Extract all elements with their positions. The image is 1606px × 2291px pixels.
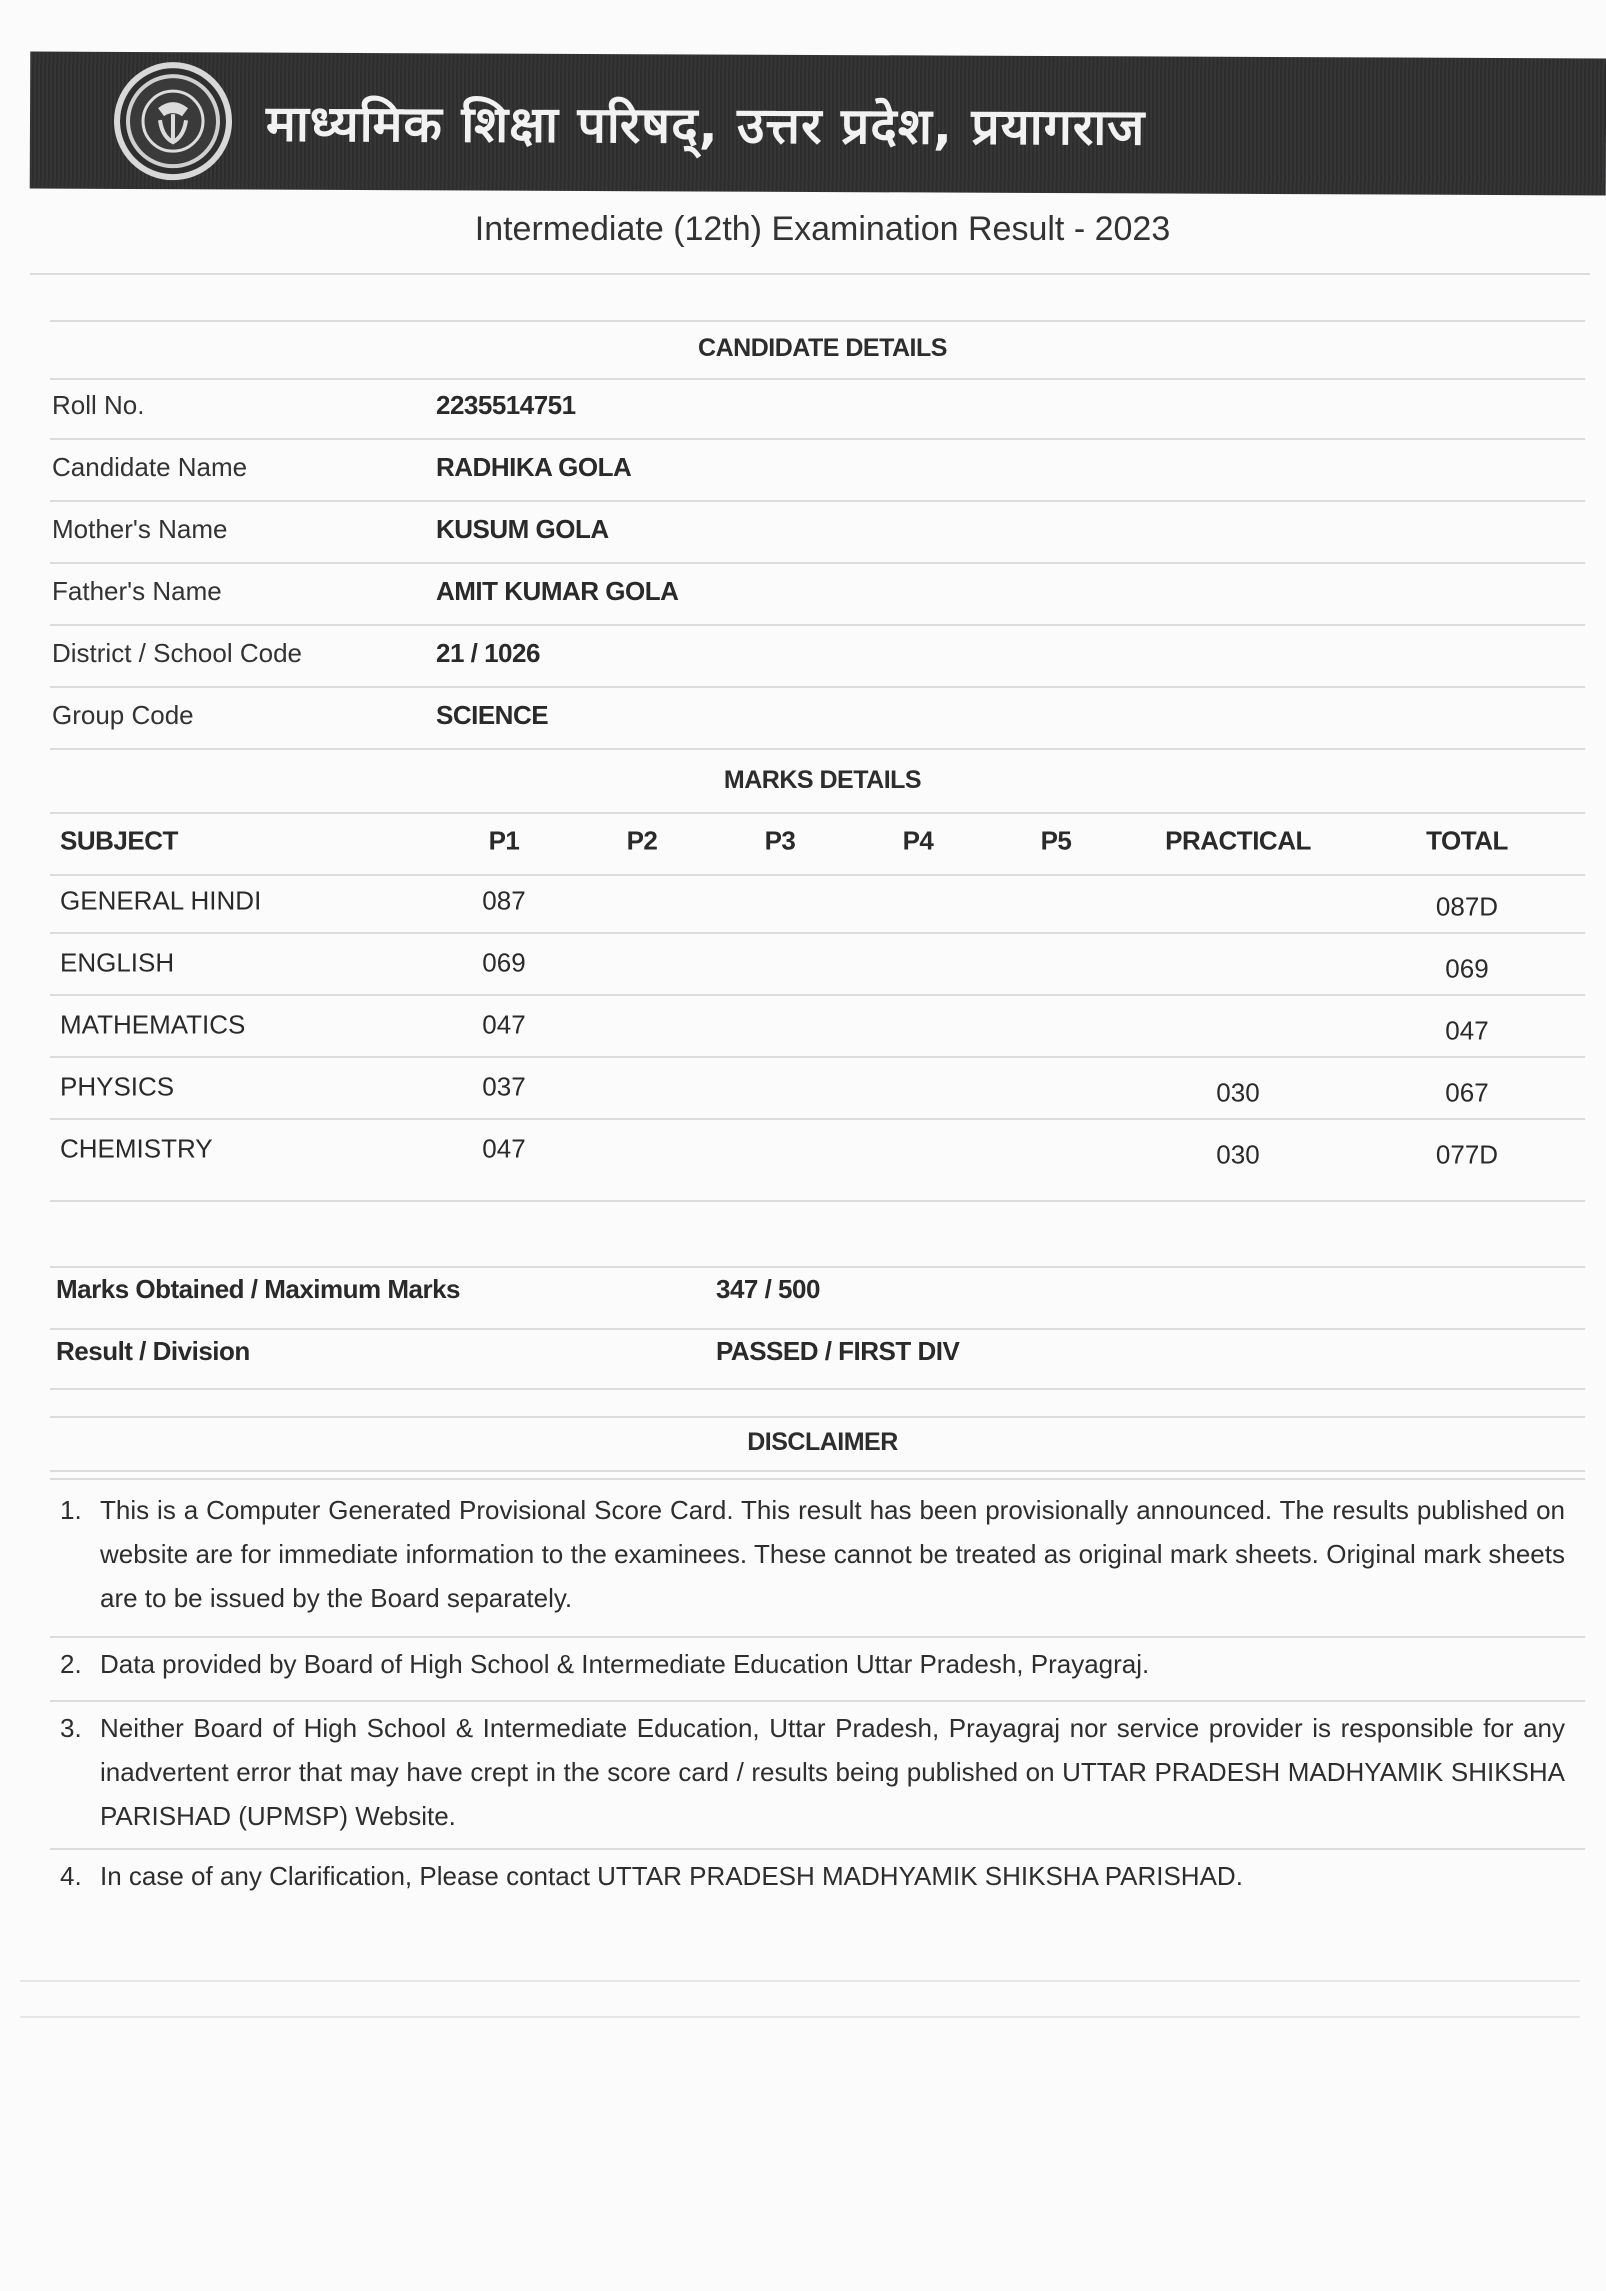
field-label: Father's Name (52, 576, 436, 607)
field-value: SCIENCE (436, 700, 548, 731)
marks-total: 047 (1445, 1016, 1488, 1047)
subject-name: GENERAL HINDI (60, 886, 261, 917)
column-header-p5: P5 (1041, 826, 1072, 857)
disclaimer-text: In case of any Clarification, Please con… (100, 1854, 1565, 1898)
marks-details-heading: MARKS DETAILS (0, 766, 1606, 795)
field-value: KUSUM GOLA (436, 514, 609, 545)
column-header-practical: PRACTICAL (1165, 826, 1311, 857)
divider (50, 320, 1585, 322)
column-header-total: TOTAL (1426, 826, 1508, 857)
board-name: माध्यमिक शिक्षा परिषद्, उत्तर प्रदेश, प्… (266, 87, 1146, 159)
divider (50, 1416, 1585, 1418)
divider (50, 748, 1585, 750)
divider (20, 1980, 1580, 1982)
marks-total: 067 (1445, 1078, 1488, 1109)
disclaimer-heading: DISCLAIMER (0, 1428, 1606, 1457)
column-header-p2: P2 (627, 826, 658, 857)
table-row: CHEMISTRY047030077D (50, 1118, 1580, 1180)
field-label: Roll No. (52, 390, 436, 421)
subject-name: CHEMISTRY (60, 1134, 213, 1165)
disclaimer-number: 2. (60, 1642, 100, 1686)
candidate-field-row: District / School Code21 / 1026 (52, 622, 1582, 684)
disclaimer-text: Data provided by Board of High School & … (100, 1642, 1565, 1686)
marks-obtained-label: Marks Obtained / Maximum Marks (56, 1274, 716, 1305)
candidate-field-row: Group CodeSCIENCE (52, 684, 1582, 746)
board-banner: माध्यमिक शिक्षा परिषद्, उत्तर प्रदेश, प्… (30, 52, 1606, 196)
disclaimer-number: 3. (60, 1706, 100, 1838)
candidate-field-row: Candidate NameRADHIKA GOLA (52, 436, 1582, 498)
marks-p1: 087 (482, 886, 525, 917)
disclaimer-item: 2. Data provided by Board of High School… (60, 1642, 1565, 1686)
result-division-value: PASSED / FIRST DIV (716, 1336, 959, 1367)
field-label: Candidate Name (52, 452, 436, 483)
marks-p1: 037 (482, 1072, 525, 1103)
field-value: 2235514751 (436, 390, 576, 421)
marks-practical: 030 (1216, 1078, 1259, 1109)
table-row: ENGLISH069069 (50, 932, 1580, 994)
column-header-subject: SUBJECT (60, 826, 178, 857)
up-government-emblem-icon (114, 61, 233, 180)
divider (50, 1848, 1585, 1850)
column-header-p4: P4 (903, 826, 934, 857)
disclaimer-item: 1. This is a Computer Generated Provisio… (60, 1488, 1565, 1620)
exam-title: Intermediate (12th) Examination Result -… (0, 210, 1606, 249)
table-row: PHYSICS037030067 (50, 1056, 1580, 1118)
column-header-p1: P1 (489, 826, 520, 857)
field-label: Mother's Name (52, 514, 436, 545)
field-label: Group Code (52, 700, 436, 731)
candidate-field-row: Roll No.2235514751 (52, 374, 1582, 436)
disclaimer-number: 4. (60, 1854, 100, 1898)
divider (50, 1470, 1585, 1472)
field-value: 21 / 1026 (436, 638, 540, 669)
candidate-field-row: Father's NameAMIT KUMAR GOLA (52, 560, 1582, 622)
field-label: District / School Code (52, 638, 436, 669)
subject-name: PHYSICS (60, 1072, 174, 1103)
divider (50, 1388, 1585, 1390)
divider (50, 1636, 1585, 1638)
field-value: AMIT KUMAR GOLA (436, 576, 678, 607)
subject-name: MATHEMATICS (60, 1010, 245, 1041)
marks-obtained-value: 347 / 500 (716, 1274, 820, 1305)
candidate-field-row: Mother's NameKUSUM GOLA (52, 498, 1582, 560)
column-header-p3: P3 (765, 826, 796, 857)
divider (50, 1700, 1585, 1702)
marks-practical: 030 (1216, 1140, 1259, 1171)
table-row: GENERAL HINDI087087D (50, 870, 1580, 932)
field-value: RADHIKA GOLA (436, 452, 631, 483)
disclaimer-text: Neither Board of High School & Intermedi… (100, 1706, 1565, 1838)
disclaimer-item: 3. Neither Board of High School & Interm… (60, 1706, 1565, 1838)
divider (50, 1478, 1585, 1480)
divider (30, 273, 1590, 275)
result-division-label: Result / Division (56, 1336, 716, 1367)
marks-total: 077D (1436, 1140, 1498, 1171)
marks-summary-row: Marks Obtained / Maximum Marks 347 / 500 (56, 1258, 1586, 1320)
marks-table-header: SUBJECT P1 P2 P3 P4 P5 PRACTICAL TOTAL (50, 810, 1580, 872)
divider (50, 1200, 1585, 1202)
marks-total: 069 (1445, 954, 1488, 985)
marks-total: 087D (1436, 892, 1498, 923)
divider (20, 2016, 1580, 2018)
subject-name: ENGLISH (60, 948, 174, 979)
table-row: MATHEMATICS047047 (50, 994, 1580, 1056)
result-row: Result / Division PASSED / FIRST DIV (56, 1320, 1586, 1382)
marks-p1: 047 (482, 1010, 525, 1041)
disclaimer-number: 1. (60, 1488, 100, 1620)
candidate-details-heading: CANDIDATE DETAILS (0, 334, 1606, 363)
disclaimer-item: 4. In case of any Clarification, Please … (60, 1854, 1565, 1898)
disclaimer-text: This is a Computer Generated Provisional… (100, 1488, 1565, 1620)
marks-p1: 047 (482, 1134, 525, 1165)
marks-p1: 069 (482, 948, 525, 979)
